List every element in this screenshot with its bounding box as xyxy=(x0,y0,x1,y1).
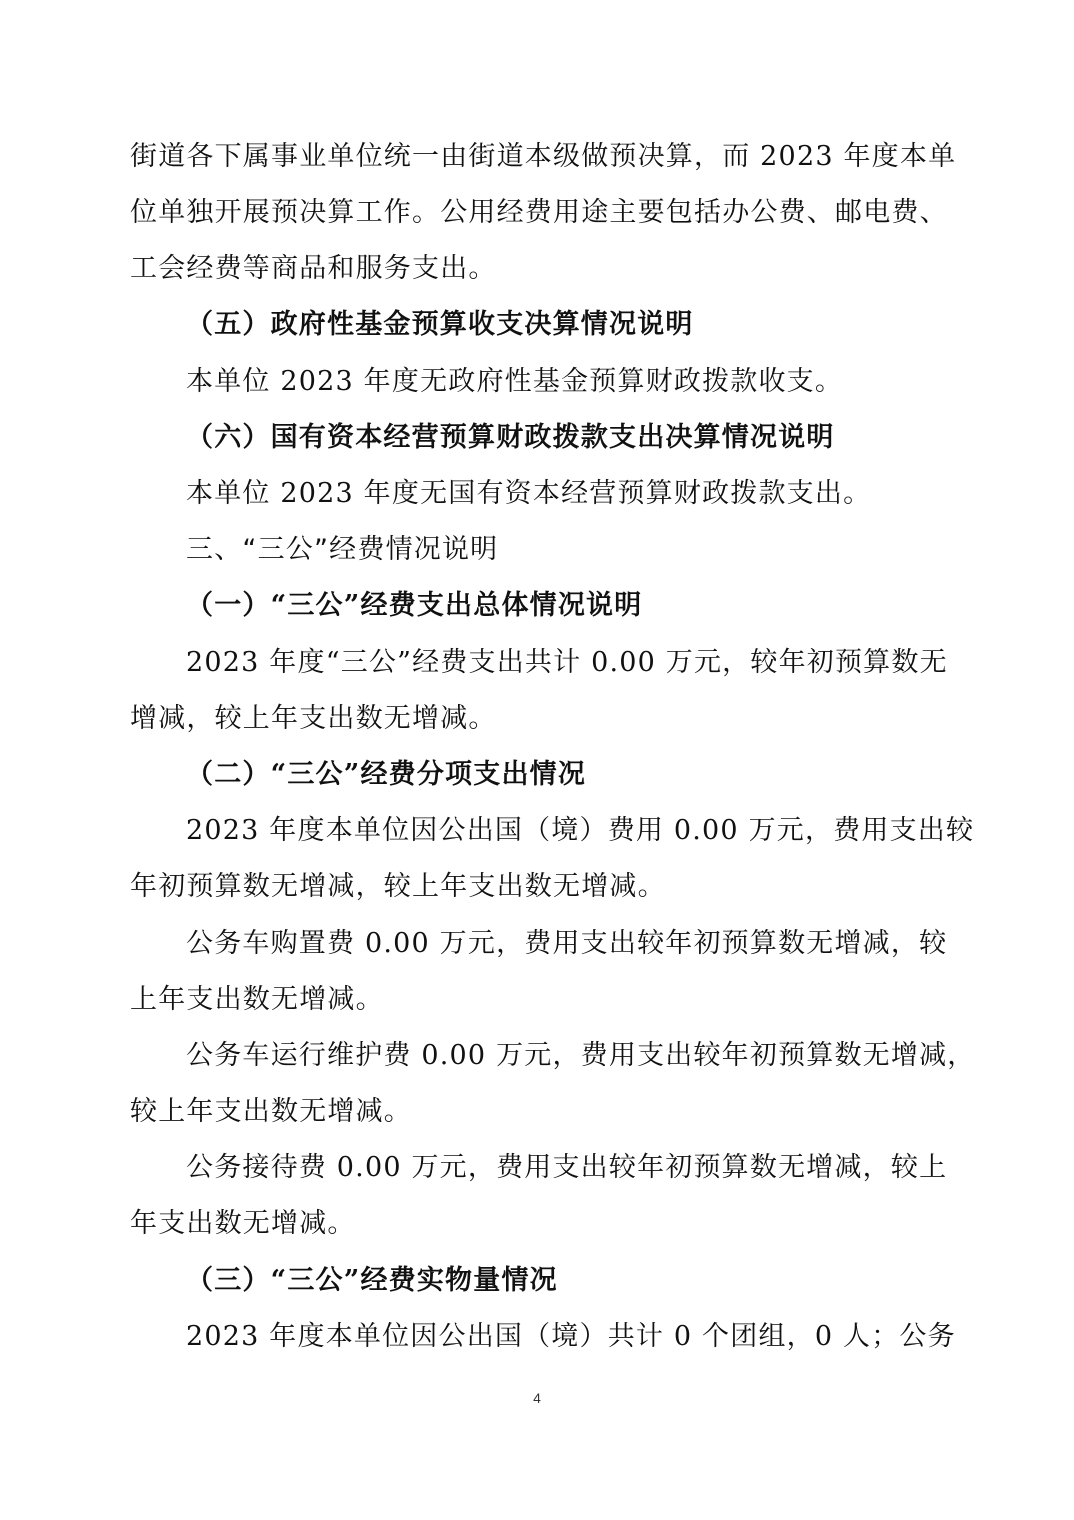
paragraph-line: 较上年支出数无增减。 xyxy=(130,1092,950,1132)
paragraph-line: 年支出数无增减。 xyxy=(130,1204,950,1244)
page-number: 4 xyxy=(0,1390,1074,1406)
paragraph-line: 公务车购置费 0.00 万元，费用支出较年初预算数无增减，较 xyxy=(186,924,1006,964)
paragraph-line: 2023 年度“三公”经费支出共计 0.00 万元，较年初预算数无 xyxy=(186,643,1006,683)
paragraph-line: 公务接待费 0.00 万元，费用支出较年初预算数无增减，较上 xyxy=(186,1148,1006,1188)
paragraph-line: 本单位 2023 年度无国有资本经营预算财政拨款支出。 xyxy=(186,474,1006,514)
paragraph-line: 公务车运行维护费 0.00 万元，费用支出较年初预算数无增减， xyxy=(186,1036,1006,1076)
paragraph-line: 上年支出数无增减。 xyxy=(130,980,950,1020)
paragraph-line: 年初预算数无增减，较上年支出数无增减。 xyxy=(130,867,950,907)
paragraph-line: 街道各下属事业单位统一由街道本级做预决算，而 2023 年度本单 xyxy=(130,137,950,177)
paragraph-line: 工会经费等商品和服务支出。 xyxy=(130,249,950,289)
paragraph-line: 本单位 2023 年度无政府性基金预算财政拨款收支。 xyxy=(186,362,1006,402)
paragraph-line: 2023 年度本单位因公出国（境）费用 0.00 万元，费用支出较 xyxy=(186,811,1006,851)
paragraph-line: 增减，较上年支出数无增减。 xyxy=(130,699,950,739)
document-page: 街道各下属事业单位统一由街道本级做预决算，而 2023 年度本单 位单独开展预决… xyxy=(0,0,1074,1520)
paragraph-line: 位单独开展预决算工作。公用经费用途主要包括办公费、邮电费、 xyxy=(130,193,950,233)
section-heading-6: （六）国有资本经营预算财政拨款支出决算情况说明 xyxy=(186,418,1006,458)
section-heading-3: （三）“三公”经费实物量情况 xyxy=(186,1261,1006,1301)
section-heading-5: （五）政府性基金预算收支决算情况说明 xyxy=(186,305,1006,345)
chapter-heading-3: 三、“三公”经费情况说明 xyxy=(186,530,1006,570)
paragraph-line: 2023 年度本单位因公出国（境）共计 0 个团组，0 人；公务 xyxy=(186,1317,1006,1357)
section-heading-2: （二）“三公”经费分项支出情况 xyxy=(186,755,1006,795)
section-heading-1: （一）“三公”经费支出总体情况说明 xyxy=(186,586,1006,626)
